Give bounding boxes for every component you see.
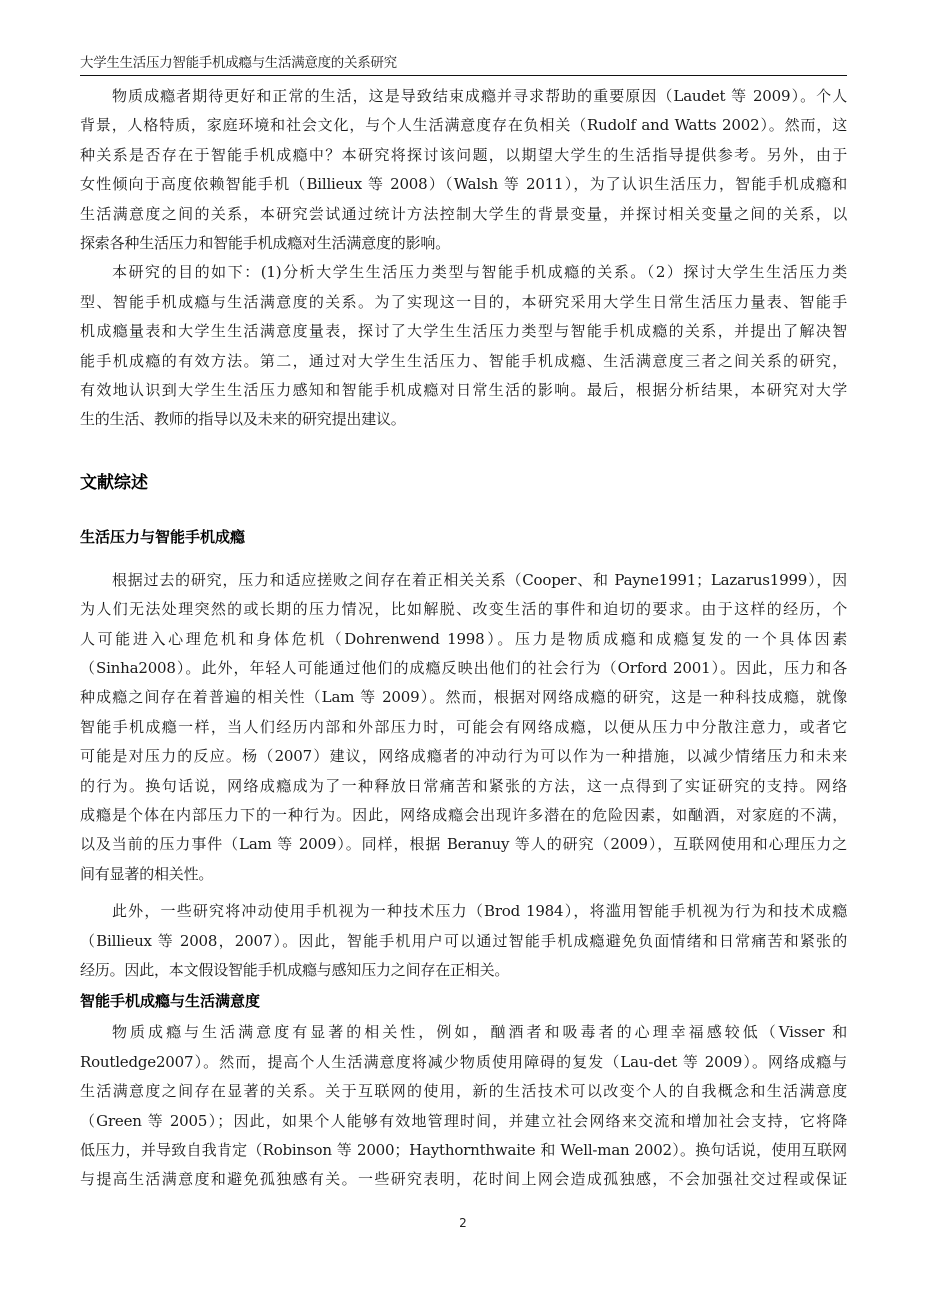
header-rule: [80, 75, 847, 76]
paragraph-line: 能手机成瘾的有效方法。第二，通过对大学生生活压力、智能手机成瘾、生活满意度三者之…: [80, 351, 847, 371]
paragraph-line: 间有显著的相关性。: [80, 864, 847, 884]
paragraph-line: 物质成瘾者期待更好和正常的生活，这是导致结束成瘾并寻求帮助的重要原因（Laude…: [112, 86, 847, 106]
paragraph-line: 根据过去的研究，压力和适应搓败之间存在着正相关关系（Cooper、和 Payne…: [112, 570, 847, 590]
paragraph-line: （Sinha2008）。此外，年轻人可能通过他们的成瘾反映出他们的社会行为（Or…: [80, 658, 847, 678]
subsection-heading: 智能手机成瘾与生活满意度: [80, 991, 260, 1011]
paragraph-line: 为人们无法处理突然的或长期的压力情况，比如解脱、改变生活的事件和迫切的要求。由于…: [80, 599, 847, 619]
paragraph-line: 可能是对压力的反应。杨（2007）建议，网络成瘾者的冲动行为可以作为一种措施，以…: [80, 746, 847, 766]
paragraph-line: 成瘾是个体在内部压力下的一种行为。因此，网络成瘾会出现许多潜在的危险因素，如酗酒…: [80, 805, 847, 825]
section-heading: 文献综述: [80, 472, 148, 494]
paragraph-line: 人可能进入心理危机和身体危机（Dohrenwend 1998）。压力是物质成瘾和…: [80, 629, 847, 649]
paragraph-line: 女性倾向于高度依赖智能手机（Billieux 等 2008）（Walsh 等 2…: [80, 174, 847, 194]
paragraph-line: 此外，一些研究将冲动使用手机视为一种技术压力（Brod 1984），将滥用智能手…: [112, 901, 847, 921]
document-page: 大学生生活压力智能手机成瘾与生活满意度的关系研究 物质成瘾者期待更好和正常的生活…: [0, 0, 926, 1309]
paragraph-line: Routledge2007）。然而，提高个人生活满意度将减少物质使用障碍的复发（…: [80, 1052, 847, 1072]
paragraph-line: 低压力，并导致自我肯定（Robinson 等 2000；Haythornthwa…: [80, 1140, 847, 1160]
paragraph-line: 本研究的目的如下：(1)分析大学生生活压力类型与智能手机成瘾的关系。（2）探讨大…: [112, 262, 847, 282]
paragraph-line: 种关系是否存在于智能手机成瘾中？本研究将探讨该问题，以期望大学生的生活指导提供参…: [80, 145, 847, 165]
paragraph-line: 型、智能手机成瘾与生活满意度的关系。为了实现这一目的，本研究采用大学生日常生活压…: [80, 292, 847, 312]
paragraph-line: 智能手机成瘾一样，当人们经历内部和外部压力时，可能会有网络成瘾，以便从压力中分散…: [80, 717, 847, 737]
running-header: 大学生生活压力智能手机成瘾与生活满意度的关系研究: [80, 54, 397, 72]
paragraph-line: 物质成瘾与生活满意度有显著的相关性，例如，酗酒者和吸毒者的心理幸福感较低（Vis…: [112, 1022, 847, 1042]
paragraph-line: 与提高生活满意度和避免孤独感有关。一些研究表明，花时间上网会造成孤独感，不会加强…: [80, 1169, 847, 1189]
paragraph-line: 种成瘾之间存在着普遍的相关性（Lam 等 2009）。然而，根据对网络成瘾的研究…: [80, 687, 847, 707]
paragraph-line: 以及当前的压力事件（Lam 等 2009）。同样，根据 Beranuy 等人的研…: [80, 834, 847, 854]
paragraph-line: 背景，人格特质，家庭环境和社会文化，与个人生活满意度存在负相关（Rudolf a…: [80, 115, 847, 135]
paragraph-line: （Green 等 2005）；因此，如果个人能够有效地管理时间，并建立社会网络来…: [80, 1111, 847, 1131]
page-number: 2: [0, 1215, 926, 1231]
paragraph-line: 经历。因此，本文假设智能手机成瘾与感知压力之间存在正相关。: [80, 960, 847, 980]
paragraph-line: 探索各种生活压力和智能手机成瘾对生活满意度的影响。: [80, 233, 847, 253]
paragraph-line: 生的生活、教师的指导以及未来的研究提出建议。: [80, 409, 847, 429]
paragraph-line: （Billieux 等 2008，2007）。因此，智能手机用户可以通过智能手机…: [80, 931, 847, 951]
paragraph-line: 生活满意度之间存在显著的关系。关于互联网的使用，新的生活技术可以改变个人的自我概…: [80, 1081, 847, 1101]
paragraph-line: 机成瘾量表和大学生生活满意度量表，探讨了大学生生活压力类型与智能手机成瘾的关系，…: [80, 321, 847, 341]
paragraph-line: 生活满意度之间的关系，本研究尝试通过统计方法控制大学生的背景变量，并探讨相关变量…: [80, 204, 847, 224]
paragraph-line: 的行为。换句话说，网络成瘾成为了一种释放日常痛苦和紧张的方法，这一点得到了实证研…: [80, 776, 847, 796]
subsection-heading: 生活压力与智能手机成瘾: [80, 527, 245, 547]
paragraph-line: 有效地认识到大学生生活压力感知和智能手机成瘾对日常生活的影响。最后，根据分析结果…: [80, 380, 847, 400]
